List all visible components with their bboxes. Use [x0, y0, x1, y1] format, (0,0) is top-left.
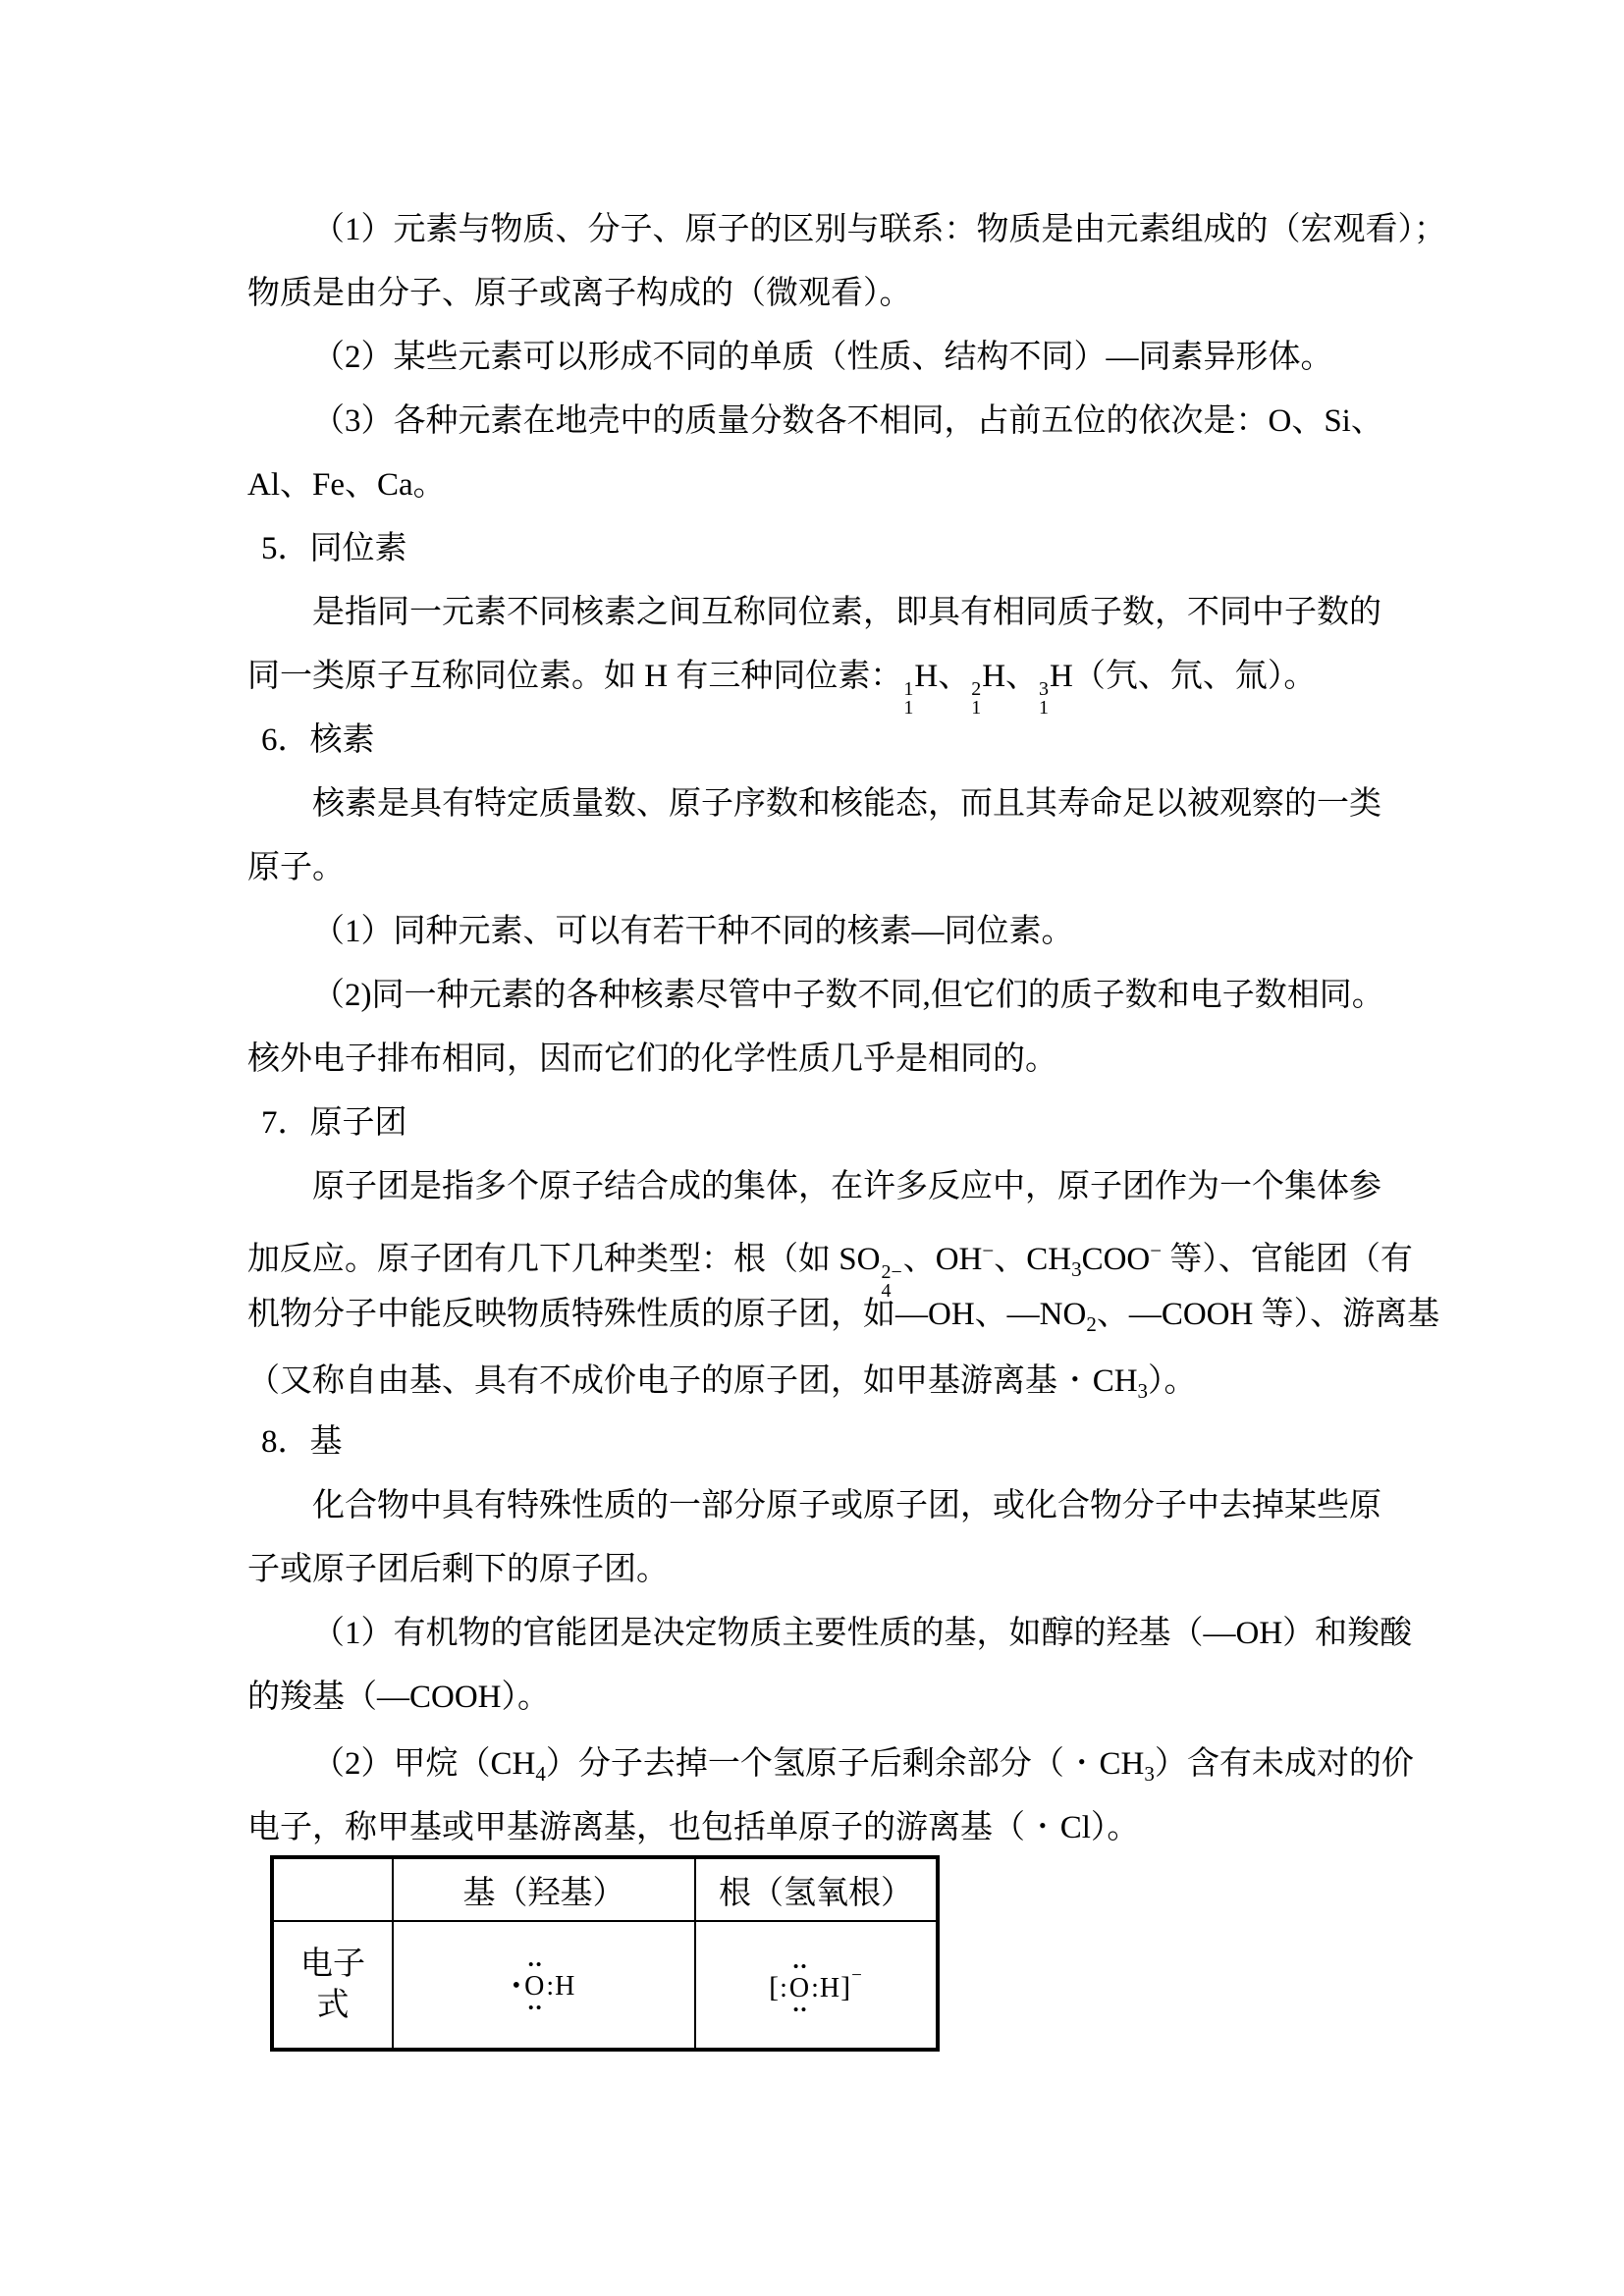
paragraph-line: （2)同一种元素的各种核素尽管中子数不同,但它们的质子数和电子数相同。: [247, 964, 1445, 1028]
radical-electron-dot: •: [1039, 1813, 1047, 1838]
oxygen-symbol: O: [524, 1971, 545, 2002]
atomic-number: 1: [903, 699, 913, 718]
lone-pair-dots-bottom: ••: [791, 2005, 809, 2015]
text-segment: 、: [1005, 659, 1038, 694]
hydroxide-ion-formula-cell: [:••O••:H]−: [695, 1921, 938, 2050]
isotope-notation-deuterium: 21: [971, 680, 981, 718]
paragraph-line: 化合物中具有特殊性质的一部分原子或原子团，或化合物分子中去掉某些原: [247, 1474, 1445, 1538]
text-segment: 、CH: [994, 1242, 1071, 1277]
subscript: 4: [535, 1762, 546, 1786]
section-heading-atomic-group: 7．原子团: [247, 1092, 1445, 1155]
paragraph-line: （3）各种元素在地壳中的质量分数各不相同，占前五位的依次是：O、Si、: [247, 390, 1445, 454]
text-segment: 机物分子中能反映物质特殊性质的原子团，如—OH、—NO: [247, 1297, 1086, 1332]
open-bracket: [: [769, 1971, 780, 2003]
text-segment: ）分子去掉一个氢原子后剩余部分（: [546, 1746, 1064, 1782]
radical-electron-dot: •: [1078, 1749, 1086, 1774]
text-segment: 电子，称甲基或甲基游离基，也包括单原子的游离基（: [247, 1810, 1025, 1845]
acetate-charge: −: [1150, 1239, 1162, 1262]
text-segment: 同一类原子互称同位素。如 H 有三种同位素：: [247, 659, 902, 694]
table-header-root: 根（氢氧根）: [695, 1857, 938, 1921]
document-body: （1）元素与物质、分子、原子的区别与联系：物质是由元素组成的（宏观看）； 物质是…: [247, 198, 1445, 1857]
row-header-text: 电子: [274, 1944, 392, 1985]
hydroxide-charge: −: [982, 1239, 994, 1262]
atomic-number: 1: [1039, 699, 1049, 718]
text-line-isotopes: 同一类原子互称同位素。如 H 有三种同位素：11H、21H、31H（氕、氘、氚）…: [247, 645, 1445, 709]
text-segment: Cl）。: [1060, 1810, 1140, 1845]
row-header-electron-formula: 电子 式: [272, 1921, 393, 2050]
element-symbol: H: [982, 659, 1005, 694]
text-segment: 加反应。原子团有几下几种类型：根（如 SO: [247, 1242, 880, 1277]
radical-electron-dot: •: [1071, 1366, 1079, 1391]
bonding-pair: :: [546, 1971, 555, 2002]
text-segment: 等）、官能团（有: [1162, 1242, 1413, 1277]
hydrogen-symbol: H: [820, 1973, 840, 2003]
text-segment: 、—COOH 等）、游离基: [1097, 1297, 1439, 1332]
row-header-text: 式: [274, 1985, 392, 2026]
text-line: 原子。: [247, 836, 1445, 900]
text-line: 核外电子排布相同，因而它们的化学性质几乎是相同的。: [247, 1028, 1445, 1092]
text-line-methyl: 电子，称甲基或甲基游离基，也包括单原子的游离基（•Cl）。: [247, 1793, 1445, 1857]
bonding-pair: :: [811, 1973, 820, 2003]
text-segment: ）。: [1148, 1363, 1197, 1399]
text-segment: CH: [1093, 1363, 1138, 1399]
text-line: 子或原子团后剩下的原子团。: [247, 1538, 1445, 1602]
lone-pair-dots-bottom: ••: [526, 2003, 544, 2013]
electron-formula-table: 基（羟基） 根（氢氧根） 电子 式 •••O••:H [:••O••:H]−: [270, 1855, 940, 2052]
hydroxide-ion-formula: [:••O••:H]−: [769, 1973, 863, 2003]
text-line: Al、Fe、Ca。: [247, 454, 1445, 517]
element-symbol: H: [914, 659, 938, 694]
text-segment: COO: [1082, 1242, 1151, 1277]
table-header-radical: 基（羟基）: [393, 1857, 695, 1921]
paragraph-line: 原子团是指多个原子结合成的集体，在许多反应中，原子团作为一个集体参: [247, 1155, 1445, 1219]
lone-pair-dots-top: ••: [526, 1960, 544, 1970]
subscript: 3: [1144, 1762, 1155, 1786]
paragraph-line: 核素是具有特定质量数、原子序数和核能态，而且其寿命足以被观察的一类: [247, 773, 1445, 836]
atomic-number: 1: [971, 699, 981, 718]
oxygen-symbol: O: [789, 1973, 810, 2003]
lone-pair-dots-top: ••: [791, 1962, 809, 1972]
text-segment: ）含有未成对的价: [1155, 1746, 1414, 1782]
hydroxyl-radical-formula: •••O••:H: [513, 1971, 576, 2002]
hydroxyl-radical-formula-cell: •••O••:H: [393, 1921, 695, 2050]
isotope-notation-tritium: 31: [1039, 680, 1049, 718]
text-line: 的羧基（—COOH）。: [247, 1666, 1445, 1730]
lone-pair-left: :: [780, 1973, 788, 2003]
close-bracket: ]: [840, 1971, 851, 2003]
paragraph-line: 是指同一元素不同核素之间互称同位素，即具有相同质子数，不同中子数的: [247, 581, 1445, 645]
paragraph-line: （1）有机物的官能团是决定物质主要性质的基，如醇的羟基（—OH）和羧酸: [247, 1602, 1445, 1666]
text-line-ions: 加反应。原子团有几下几种类型：根（如 SO2−4、OH−、CH3COO− 等）、…: [247, 1219, 1445, 1283]
paragraph-line: （1）元素与物质、分子、原子的区别与联系：物质是由元素组成的（宏观看）；: [247, 198, 1445, 262]
text-segment: （2）甲烷（CH: [312, 1746, 535, 1782]
text-line-free-radical: （又称自由基、具有不成价电子的原子团，如甲基游离基•CH3）。: [247, 1347, 1445, 1411]
oxygen-with-lone-pairs: ••O••: [523, 1971, 546, 2002]
paragraph-line: （1）同种元素、可以有若干种不同的核素—同位素。: [247, 900, 1445, 964]
isotope-notation-protium: 11: [903, 680, 913, 718]
table-corner-cell: [272, 1857, 393, 1921]
text-line: 物质是由分子、原子或离子构成的（微观看）。: [247, 262, 1445, 326]
text-segment: CH: [1100, 1746, 1145, 1782]
oxygen-with-lone-pairs: ••O••: [788, 1973, 811, 2004]
section-heading-radical: 8．基: [247, 1411, 1445, 1474]
text-segment: 、OH: [903, 1242, 983, 1277]
subscript: 3: [1138, 1379, 1149, 1403]
section-heading-nuclide: 6．核素: [247, 709, 1445, 773]
text-segment: （氕、氘、氚）。: [1073, 659, 1317, 694]
paragraph-line: （2）某些元素可以形成不同的单质（性质、结构不同）—同素异形体。: [247, 326, 1445, 390]
section-heading-isotope: 5．同位素: [247, 517, 1445, 581]
text-segment: 、: [938, 659, 970, 694]
text-segment: （又称自由基、具有不成价电子的原子团，如甲基游离基: [247, 1363, 1057, 1399]
unpaired-electron-dot: •: [513, 1973, 521, 1999]
hydrogen-symbol: H: [555, 1971, 575, 2002]
text-line-methane: （2）甲烷（CH4）分子去掉一个氢原子后剩余部分（•CH3）含有未成对的价: [247, 1730, 1445, 1793]
subscript: 3: [1071, 1257, 1082, 1281]
element-symbol: H: [1050, 659, 1073, 694]
document-page: （1）元素与物质、分子、原子的区别与联系：物质是由元素组成的（宏观看）； 物质是…: [0, 0, 1624, 2296]
subscript: 2: [1086, 1312, 1097, 1336]
text-line-functional-groups: 机物分子中能反映物质特殊性质的原子团，如—OH、—NO2、—COOH 等）、游离…: [247, 1283, 1445, 1347]
negative-charge: −: [851, 1965, 863, 1986]
